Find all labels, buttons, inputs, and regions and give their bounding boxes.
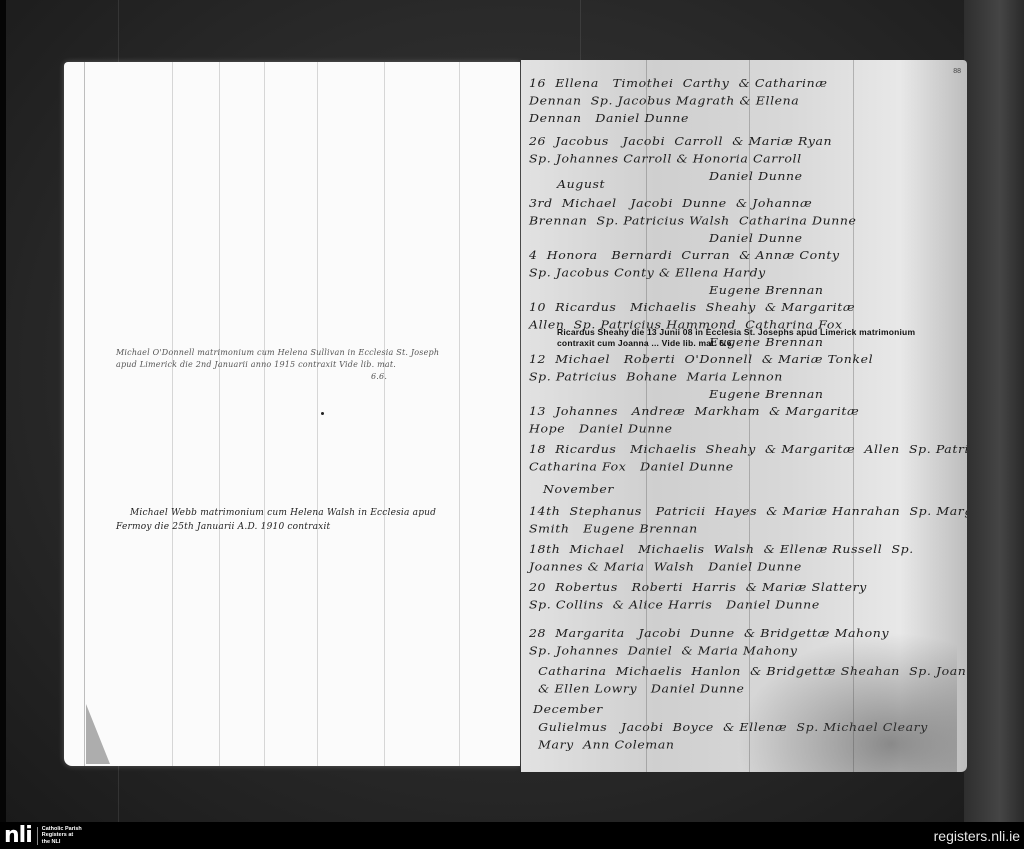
month-heading: November	[529, 480, 967, 497]
film-scratch	[580, 0, 581, 60]
annotation-line: Ricardus Sheahy die 13 Junii 08 in Eccle…	[557, 327, 957, 338]
film-edge-right	[964, 0, 1024, 822]
note-line: Michael O'Donnell matrimonium cum Helena…	[116, 347, 496, 359]
column-rule	[264, 62, 265, 766]
marriage-note-webb: Michael Webb matrimonium cum Helena Wals…	[116, 506, 496, 534]
baptism-entry: 13 Johannes Andreæ Markham & Margaritæ H…	[529, 402, 959, 437]
note-line: Michael Webb matrimonium cum Helena Wals…	[116, 506, 496, 520]
baptism-entry: 18th Michael Michaelis Walsh & Ellenæ Ru…	[529, 540, 959, 575]
month-heading: August	[529, 175, 967, 192]
nli-brand[interactable]: nli Catholic Parish Registers at the NLI	[0, 822, 82, 849]
baptism-entry: 3rd Michael Jacobi Dunne & Johannæ Brenn…	[529, 194, 959, 246]
marriage-annotation: Ricardus Sheahy die 13 Junii 08 in Eccle…	[557, 327, 957, 349]
column-rule	[317, 62, 318, 766]
column-rule	[172, 62, 173, 766]
brand-line: the NLI	[42, 839, 82, 846]
left-page: Michael O'Donnell matrimonium cum Helena…	[64, 62, 520, 766]
water-stain	[737, 632, 957, 772]
footer-bar: nli Catholic Parish Registers at the NLI…	[0, 822, 1024, 849]
brand-divider	[37, 827, 38, 845]
film-edge-left	[0, 0, 6, 822]
column-rule	[459, 62, 460, 766]
column-rule	[384, 62, 385, 766]
site-link[interactable]: registers.nli.ie	[934, 828, 1024, 844]
brand-text: Catholic Parish Registers at the NLI	[42, 826, 82, 846]
baptism-entry: 18 Ricardus Michaelis Sheahy & Margaritæ…	[529, 440, 959, 475]
page-margin-line	[84, 62, 85, 766]
note-line: Fermoy die 25th Januarii A.D. 1910 contr…	[116, 520, 496, 534]
baptism-entry: 20 Robertus Roberti Harris & Mariæ Slatt…	[529, 578, 959, 613]
nli-logo: nli	[4, 825, 32, 847]
ink-mark	[321, 412, 324, 415]
marriage-note-odonnell: Michael O'Donnell matrimonium cum Helena…	[116, 347, 496, 383]
baptism-entry: 12 Michael Roberti O'Donnell & Mariæ Ton…	[529, 350, 959, 402]
annotation-line: contraxit cum Joanna ... Vide lib. mat. …	[557, 338, 957, 349]
baptism-entry: 14th Stephanus Patricii Hayes & Mariæ Ha…	[529, 502, 959, 537]
register-image-viewer[interactable]: Michael O'Donnell matrimonium cum Helena…	[0, 0, 1024, 822]
page-curl	[86, 704, 110, 764]
baptism-entry: 4 Honora Bernardi Curran & Annæ Conty Sp…	[529, 246, 959, 298]
note-line: 6.6.	[116, 371, 496, 383]
note-line: apud Limerick die 2nd Januarii anno 1915…	[116, 359, 496, 371]
right-page: 88 16 Ellena Timothei Carthy & Catharinæ…	[521, 60, 967, 772]
column-rule	[219, 62, 220, 766]
baptism-entry: 16 Ellena Timothei Carthy & Catharinæ De…	[529, 74, 959, 126]
